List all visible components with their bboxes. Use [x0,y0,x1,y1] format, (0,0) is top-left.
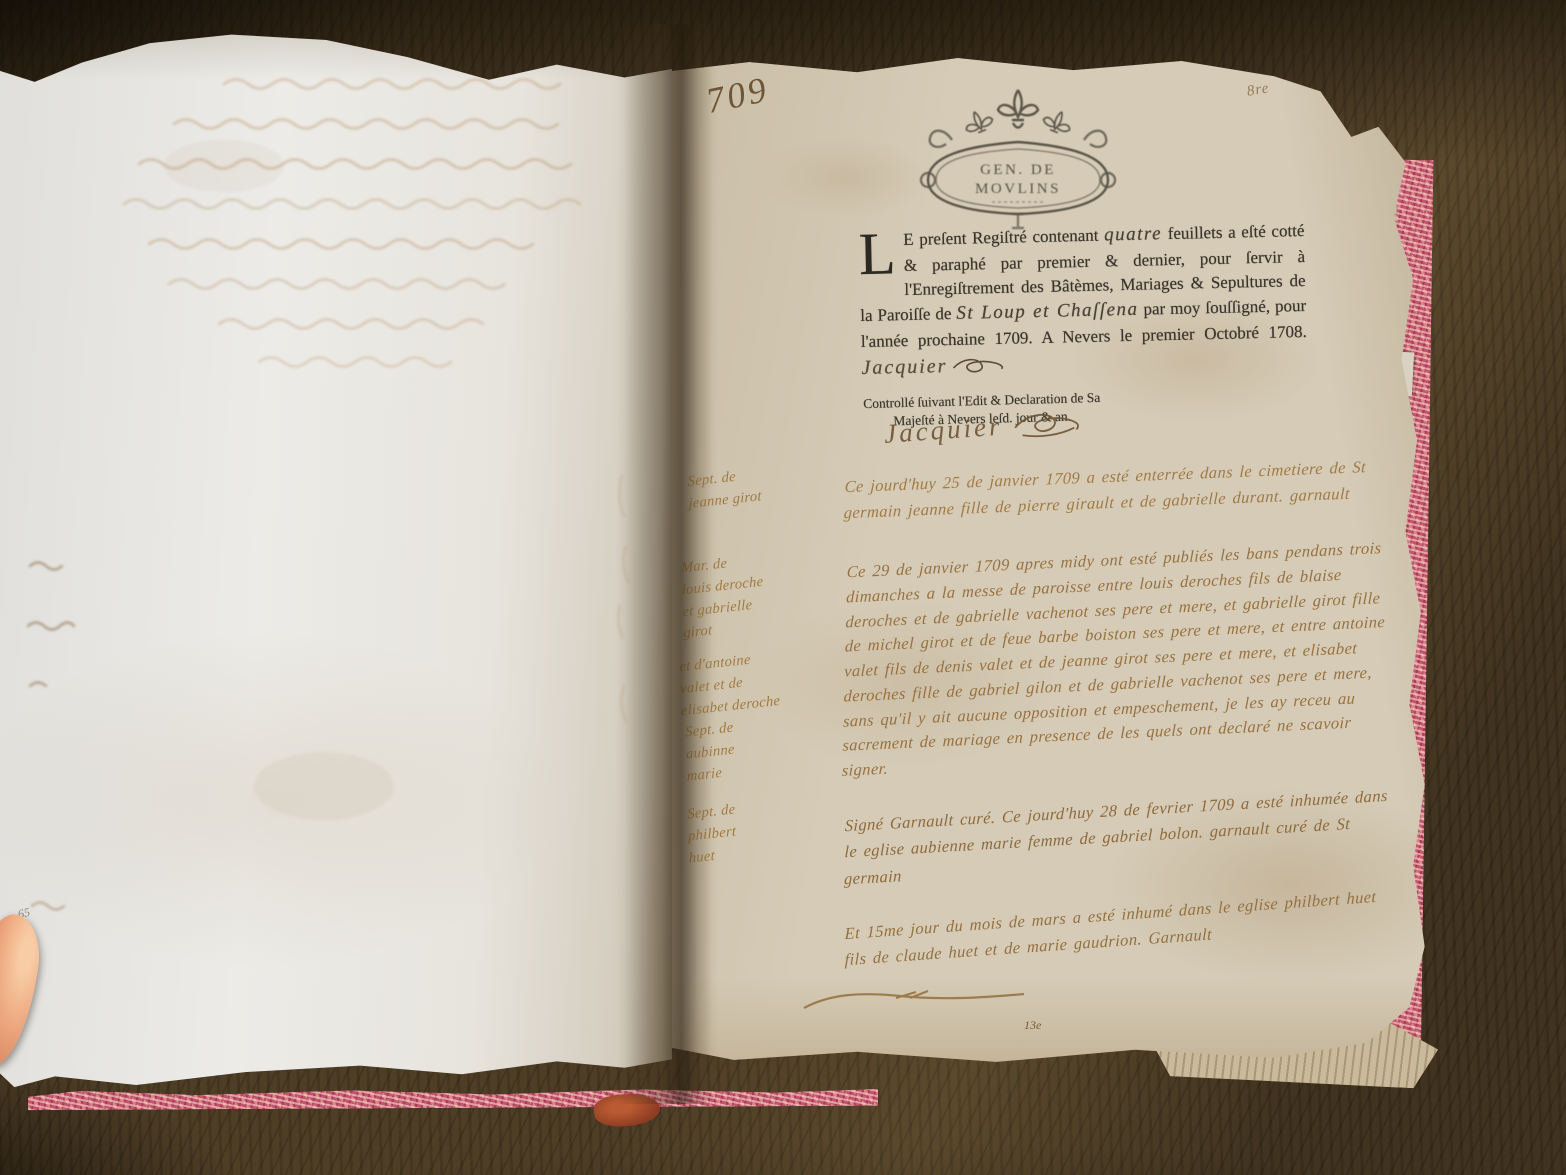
printed-register-notice: LE preſent Regiſtré contenant quatre feu… [858,218,1307,383]
jacquier-signature-inline: Jacquier [861,355,947,379]
margin-note-mariage-deroche: Mar. de louis deroche et gabrielle girot [681,550,765,646]
right-page-recto: 709 8re GEN. DE MOVLINS LE preſent R [672,56,1444,1068]
handwritten-insertion-quatre: quatre [1104,223,1162,245]
handwritten-insertion-parish: St Loup et Chaſſena [956,299,1139,324]
fleur-de-lis-icon [961,106,995,136]
signature-paraph-icon [1011,407,1083,442]
marriage-banns-entry-29-jan-1709: Ce 29 de janvier 1709 apres midy ont est… [842,535,1403,783]
bleed-through-writing [24,46,644,1086]
ink-flourish-line [800,984,1040,1018]
printed-segment: E preſent Regiſtré contenant [903,226,1104,250]
burial-entry-15-mar-1709: Et 15me jour du mois de mars a esté inhu… [845,883,1392,974]
generalite-de-moulins-stamp-icon: GEN. DE MOVLINS [906,82,1130,234]
stamp-text-line1: GEN. DE [980,162,1056,178]
fleur-de-lis-icon [1041,106,1075,136]
corner-annotation: 8re [1246,80,1271,101]
margin-note-sepulture-huet: Sept. de philbert huet [687,799,737,869]
stamp-text-line2: MOVLINS [975,181,1061,197]
signature-paraph-icon [951,355,1005,376]
burial-entry-28-feb-1709: Signé Garnault curé. Ce jourd'huy 28 de … [844,783,1392,893]
photo-of-open-register: 65 709 8re GEN. DE MOVLINS [0,0,1566,1175]
margin-note-mariage-valet: et d'antoine valet et de elisabet deroch… [679,647,780,723]
margin-note-sepulture-girot: Sept. de jeanne girot [687,464,762,515]
printed-dropcap: L [858,229,896,279]
bottom-page-mark: 13e [1024,1018,1041,1033]
folio-number: 709 [702,68,772,122]
left-page-verso: 65 [0,26,672,1100]
fleur-de-lis-icon [998,90,1038,128]
burial-entry-25-jan-1709: Ce jourd'huy 25 de janvier 1709 a esté e… [843,454,1374,527]
margin-note-sepulture-marie: Sept. de aubinne marie [685,717,736,787]
